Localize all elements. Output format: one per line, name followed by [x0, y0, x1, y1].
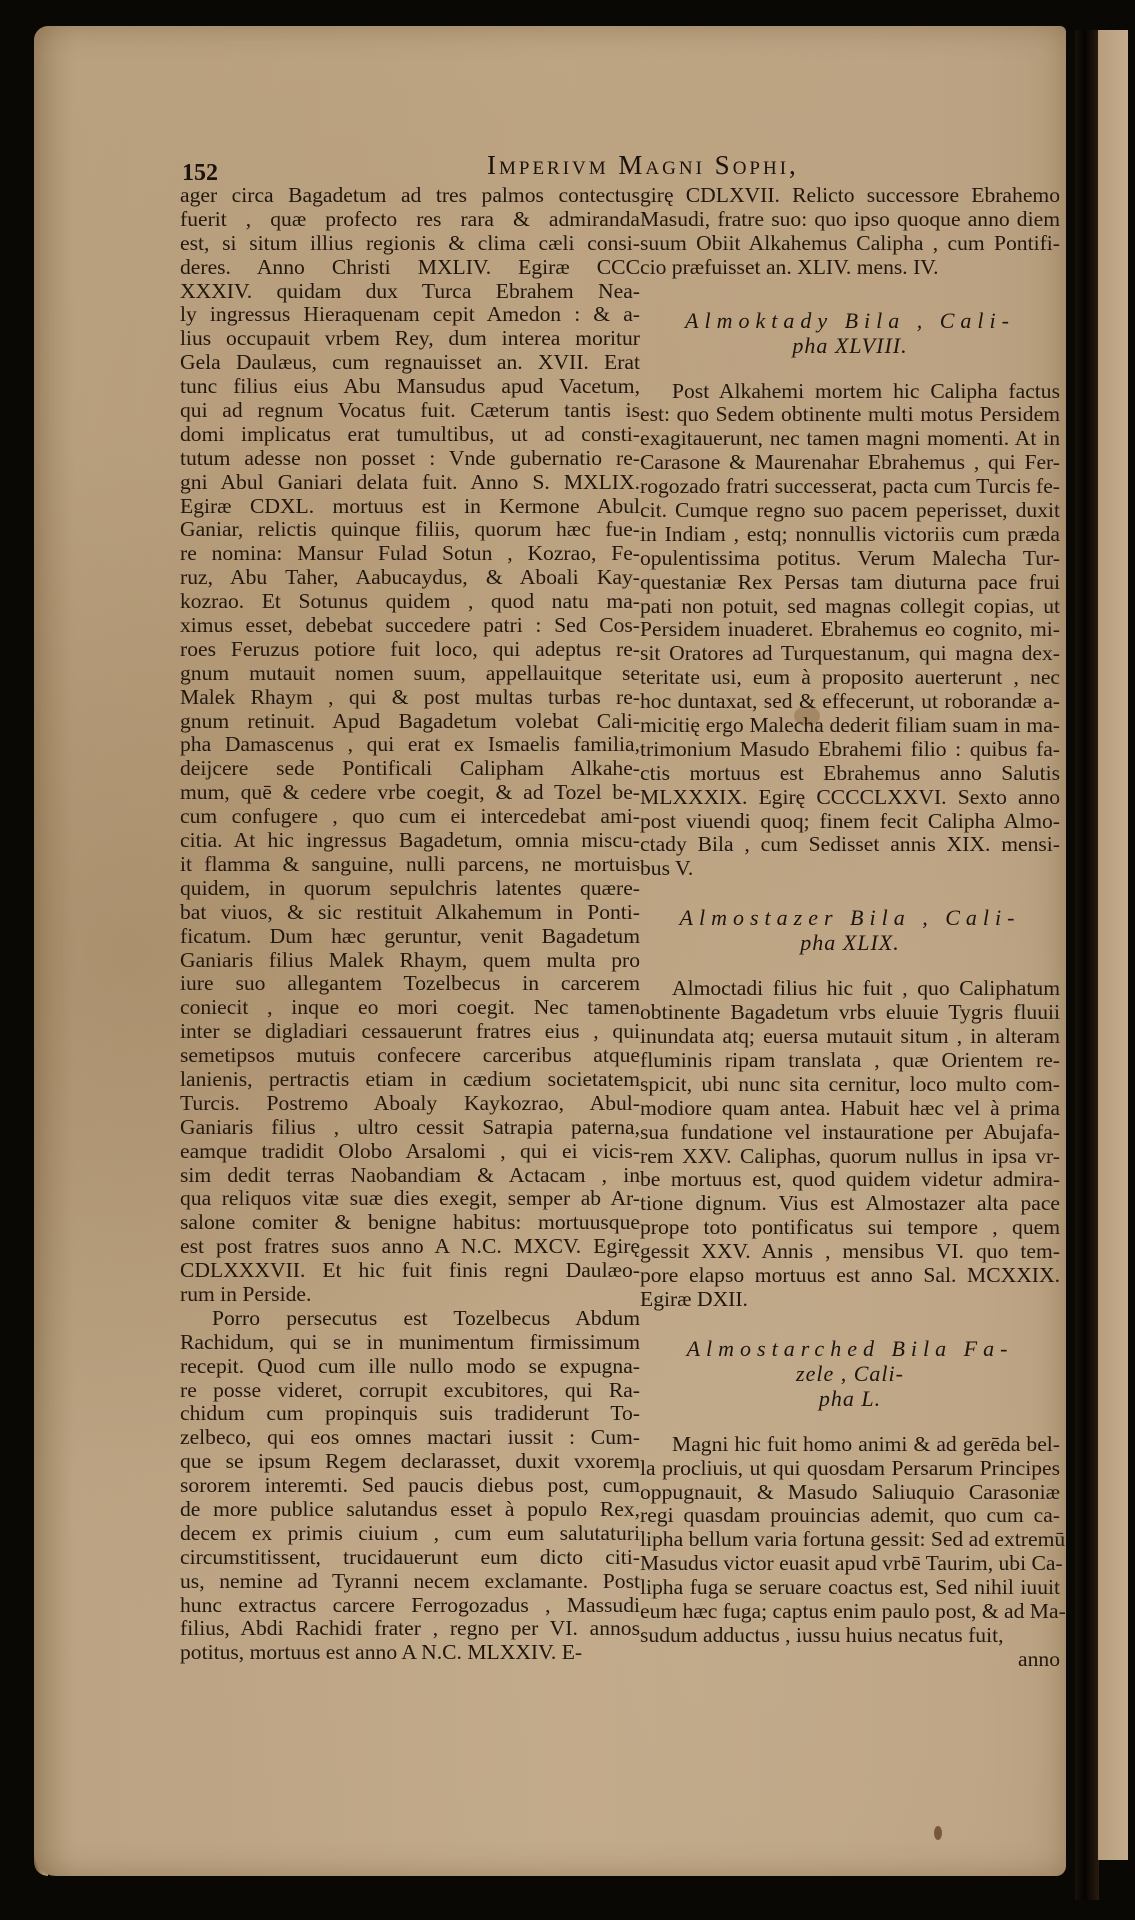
- text-line: girę CDLXVII. Relicto successore Ebrahem…: [640, 184, 1060, 208]
- text-line: citia. At hic ingressus Bagadetum, omnia…: [180, 829, 640, 853]
- text-line: questaniæ Rex Persas tam diuturna pace f…: [640, 571, 1060, 595]
- text-line: sudum adductus , iussu huius necatus fui…: [640, 1624, 1060, 1648]
- section-heading: Almostarched Bila Fa- zele , Cali- pha L…: [640, 1336, 1060, 1411]
- text-line: lipha bellum varia fortuna gessit: Sed a…: [640, 1528, 1060, 1552]
- text-line: regi quasdam prouincias ademit, quo cum …: [640, 1504, 1060, 1528]
- text-line: pore elapso mortuus est anno Sal. MCXXIX…: [640, 1264, 1060, 1288]
- text-line: sua fundatione vel instauratione per Abu…: [640, 1121, 1060, 1145]
- text-line: modiore quam antea. Habuit hæc vel à pri…: [640, 1097, 1060, 1121]
- text-line: que se ipsum Regem declarasset, duxit vx…: [180, 1450, 640, 1474]
- text-line: cio præfuisset an. XLIV. mens. IV.: [640, 256, 1060, 280]
- text-line: ager circa Bagadetum ad tres palmos cont…: [180, 184, 640, 208]
- text-line: re nomina: Mansur Fulad Sotun , Kozrao, …: [180, 542, 640, 566]
- text-line: lanienis, pertractis etiam in cædium soc…: [180, 1068, 640, 1092]
- text-line: Post Alkahemi mortem hic Calipha factus: [640, 380, 1060, 404]
- text-line: kozrao. Et Sotunus quidem , quod natu ma…: [180, 590, 640, 614]
- text-line: cum confugere , quo cum ei intercedebat …: [180, 805, 640, 829]
- running-head: 152 Imperivm Magni Sophi,: [182, 150, 1062, 184]
- text-line: est post fratres suos anno A N.C. MXCV. …: [180, 1235, 640, 1259]
- text-line: cit. Cumque regno suo pacem peperisset, …: [640, 499, 1060, 523]
- book-gutter: [1075, 30, 1099, 1900]
- text-line: iure suo allegantem Tozelbecus in carcer…: [180, 972, 640, 996]
- text-line: hunc extractus carcere Ferrogozadus , Ma…: [180, 1594, 640, 1618]
- text-line: Masudus victor euasit apud vrbē Taurim, …: [640, 1552, 1060, 1576]
- text-line: semetipsos mutuis confecere carceribus a…: [180, 1044, 640, 1068]
- text-line: re posse videret, corrupit excubitores, …: [180, 1379, 640, 1403]
- text-line: opulentissima potitus. Verum Malecha Tur…: [640, 547, 1060, 571]
- text-line: CDLXXXVII. Et hic fuit finis regni Daulæ…: [180, 1259, 640, 1283]
- left-column: ager circa Bagadetum ad tres palmos cont…: [180, 184, 640, 1665]
- text-line: ruz, Abu Taher, Aabucaydus, & Aboali Kay…: [180, 566, 640, 590]
- text-line: quidem, in quorum sepulchris latentes qu…: [180, 877, 640, 901]
- text-line: Porro persecutus est Tozelbecus Abdum: [180, 1307, 640, 1331]
- paragraph: Porro persecutus est Tozelbecus AbdumRac…: [180, 1307, 640, 1665]
- text-line: Persidem inuaderet. Ebrahemus eo cognito…: [640, 618, 1060, 642]
- text-line: inundata atq; euersa mutauit situm , in …: [640, 1025, 1060, 1049]
- heading-line: Almoktady Bila , Cali-: [685, 308, 1015, 333]
- text-line: be mortuus est, quod quidem videtur admi…: [640, 1168, 1060, 1192]
- text-line: in Indiam , estq; nonnullis victoriis cu…: [640, 523, 1060, 547]
- text-line: deres. Anno Christi MXLIV. Egiræ CCC: [180, 256, 640, 280]
- text-line: salone comiter & benigne habitus: mortuu…: [180, 1211, 640, 1235]
- text-line: Masudi, fratre suo: quo ipso quoque anno…: [640, 208, 1060, 232]
- text-line: obtinente Bagadetum vrbs eluuie Tygris f…: [640, 1001, 1060, 1025]
- text-line: est, si situm illius regionis & clima cæ…: [180, 232, 640, 256]
- text-line: us, nemine ad Tyranni necem exclamante. …: [180, 1570, 640, 1594]
- text-line: roes Feruzus potiore fuit loco, qui adep…: [180, 638, 640, 662]
- text-line: potitus, mortuus est anno A N.C. MLXXIV.…: [180, 1641, 640, 1665]
- text-line: Turcis. Postremo Aboaly Kaykozrao, Abul-: [180, 1092, 640, 1116]
- text-line: trimonium Masudo Ebrahemi filio : quibus…: [640, 738, 1060, 762]
- text-line: micitię ergo Malecha dederit filiam suam…: [640, 714, 1060, 738]
- text-line: Ganiaris filius Malek Rhaym, quem multa …: [180, 949, 640, 973]
- text-line: coniecit , inque eo mori coegit. Nec tam…: [180, 996, 640, 1020]
- text-line: circumstitissent, trucidauerunt eum dict…: [180, 1546, 640, 1570]
- text-line: post viuendi quoq; finem fecit Calipha A…: [640, 810, 1060, 834]
- text-line: Rachidum, qui se in munimentum firmissim…: [180, 1331, 640, 1355]
- text-line: fuerit , quæ profecto res rara & admiran…: [180, 208, 640, 232]
- heading-line: pha L.: [640, 1386, 1060, 1411]
- text-line: oppugnauit, & Masudo Saliuquio Carasoniæ: [640, 1481, 1060, 1505]
- text-line: pati non potuit, sed magnas collegit cop…: [640, 595, 1060, 619]
- text-line: Gela Daulæus, cum regnauisset an. XVII. …: [180, 351, 640, 375]
- heading-line: zele , Cali-: [640, 1361, 1060, 1386]
- paragraph: girę CDLXVII. Relicto successore Ebrahem…: [640, 184, 1060, 280]
- paragraph: Magni hic fuit homo animi & ad gerēda be…: [640, 1433, 1060, 1648]
- text-line: chidum cum propinquis suis tradiderunt T…: [180, 1402, 640, 1426]
- paragraph: Almoctadi filius hic fuit , quo Caliphat…: [640, 977, 1060, 1311]
- heading-line: Almostarched Bila Fa-: [687, 1336, 1014, 1361]
- text-line: de more publice salutandus esset à popul…: [180, 1498, 640, 1522]
- text-line: suum Obiit Alkahemus Calipha , cum Ponti…: [640, 232, 1060, 256]
- text-line: ctis mortuus est Ebrahemus anno Salutis: [640, 762, 1060, 786]
- text-line: bat viuos, & sic restituit Alkahemum in …: [180, 901, 640, 925]
- text-line: Egiræ CDXL. mortuus est in Kermone Abul: [180, 495, 640, 519]
- heading-line: Almostazer Bila , Cali-: [680, 905, 1021, 930]
- text-line: Carasone & Maurenahar Ebrahemus , qui Fe…: [640, 451, 1060, 475]
- text-line: it flamma & sanguine, nulli parcens, ne …: [180, 853, 640, 877]
- paragraph: Post Alkahemi mortem hic Calipha factuse…: [640, 380, 1060, 882]
- text-line: qua reliquos vitæ suæ dies exegit, sempe…: [180, 1187, 640, 1211]
- text-line: hoc duntaxat, sed & effecerunt, ut robor…: [640, 690, 1060, 714]
- text-line: tutum adesse non posset : Vnde gubernati…: [180, 447, 640, 471]
- text-line: est: quo Sedem obtinente multi motus Per…: [640, 403, 1060, 427]
- text-line: bus V.: [640, 857, 1060, 881]
- text-line: domi implicatus erat tumultibus, ut ad c…: [180, 423, 640, 447]
- text-line: tione dignum. Vius est Almostazer alta p…: [640, 1192, 1060, 1216]
- text-line: ctady Bila , cum Sedisset annis XIX. men…: [640, 833, 1060, 857]
- text-line: tunc filius eius Abu Mansudus apud Vacet…: [180, 375, 640, 399]
- text-line: deijcere sede Pontificali Calipham Alkah…: [180, 757, 640, 781]
- text-line: mum, quē & cedere vrbe coegit, & ad Toze…: [180, 781, 640, 805]
- text-line: Ganiaris filius , ultro cessit Satrapia …: [180, 1116, 640, 1140]
- facing-page-edge: [1098, 30, 1128, 1860]
- text-line: exagitauerunt, nec tamen magni momenti. …: [640, 427, 1060, 451]
- text-line: qui ad regnum Vocatus fuit. Cæterum tant…: [180, 399, 640, 423]
- text-line: MLXXXIX. Egirę CCCCLXXVI. Sexto anno: [640, 786, 1060, 810]
- text-line: rem XXV. Caliphas, quorum nullus in ipsa…: [640, 1145, 1060, 1169]
- text-line: ficatum. Dum hæc geruntur, venit Bagadet…: [180, 925, 640, 949]
- text-line: lipha fuga se seruare coactus est, Sed n…: [640, 1576, 1060, 1600]
- right-column: girę CDLXVII. Relicto successore Ebrahem…: [640, 184, 1060, 1672]
- text-line: sit Oratores ad Turquestanum, qui magna …: [640, 642, 1060, 666]
- text-line: Almoctadi filius hic fuit , quo Caliphat…: [640, 977, 1060, 1001]
- text-line: filius, Abdi Rachidi frater , regno per …: [180, 1617, 640, 1641]
- text-line: recepit. Quod cum ille nullo modo se exp…: [180, 1355, 640, 1379]
- text-line: eamque tradidit Olobo Arsalomi , qui ei …: [180, 1140, 640, 1164]
- ink-stain: [934, 1826, 942, 1840]
- section-heading: Almostazer Bila , Cali- pha XLIX.: [640, 905, 1060, 955]
- text-line: Egiræ DXII.: [640, 1288, 1060, 1312]
- text-line: XXXIV. quidam dux Turca Ebrahem Nea-: [180, 280, 640, 304]
- text-line: gni Abul Ganiari delata fuit. Anno S. MX…: [180, 471, 640, 495]
- text-line: eum hæc fuga; captus enim paulo post, & …: [640, 1600, 1060, 1624]
- heading-line: pha XLIX.: [640, 930, 1060, 955]
- text-line: ly ingressus Hieraquenam cepit Amedon : …: [180, 303, 640, 327]
- text-line: sororem interemti. Sed paucis diebus pos…: [180, 1474, 640, 1498]
- text-line: rogozado fratri successerat, pacta cum T…: [640, 475, 1060, 499]
- text-line: gessit XXV. Annis , mensibus VI. quo tem…: [640, 1240, 1060, 1264]
- heading-line: pha XLVIII.: [640, 333, 1060, 358]
- text-line: rum in Perside.: [180, 1283, 640, 1307]
- text-line: fluminis ripam translata , quæ Orientem …: [640, 1049, 1060, 1073]
- text-line: Ganiar, relictis quinque filiis, quorum …: [180, 518, 640, 542]
- text-line: inter se digladiari cessauerunt fratres …: [180, 1020, 640, 1044]
- text-line: Magni hic fuit homo animi & ad gerēda be…: [640, 1433, 1060, 1457]
- text-line: gnum mutauit nomen suum, appellauitque s…: [180, 662, 640, 686]
- text-line: spicit, ubi nunc sita cernitur, loco mul…: [640, 1073, 1060, 1097]
- text-line: pha Damascenus , qui erat ex Ismaelis fa…: [180, 733, 640, 757]
- text-line: la procliuis, ut qui quosdam Persarum Pr…: [640, 1457, 1060, 1481]
- paragraph: ager circa Bagadetum ad tres palmos cont…: [180, 184, 640, 1307]
- text-line: decem ex primis ciuium , cum eum salutat…: [180, 1522, 640, 1546]
- text-line: gnum retinuit. Apud Bagadetum volebat Ca…: [180, 710, 640, 734]
- text-line: ximus esset, debebat succedere patri : S…: [180, 614, 640, 638]
- text-line: Malek Rhaym , qui & post multas turbas r…: [180, 686, 640, 710]
- text-line: zelbeco, qui eos omnes mactari iussit : …: [180, 1426, 640, 1450]
- section-heading: Almoktady Bila , Cali- pha XLVIII.: [640, 308, 1060, 358]
- catchword: anno: [640, 1648, 1060, 1672]
- text-line: sim dedit terras Naobandiam & Actacam , …: [180, 1164, 640, 1188]
- running-title: Imperivm Magni Sophi,: [487, 150, 799, 181]
- text-line: teritate usi, eum à proposito auerterunt…: [640, 666, 1060, 690]
- text-line: lius occupauit vrbem Rey, dum interea mo…: [180, 327, 640, 351]
- text-line: prope toto pontificatus sui tempore , qu…: [640, 1216, 1060, 1240]
